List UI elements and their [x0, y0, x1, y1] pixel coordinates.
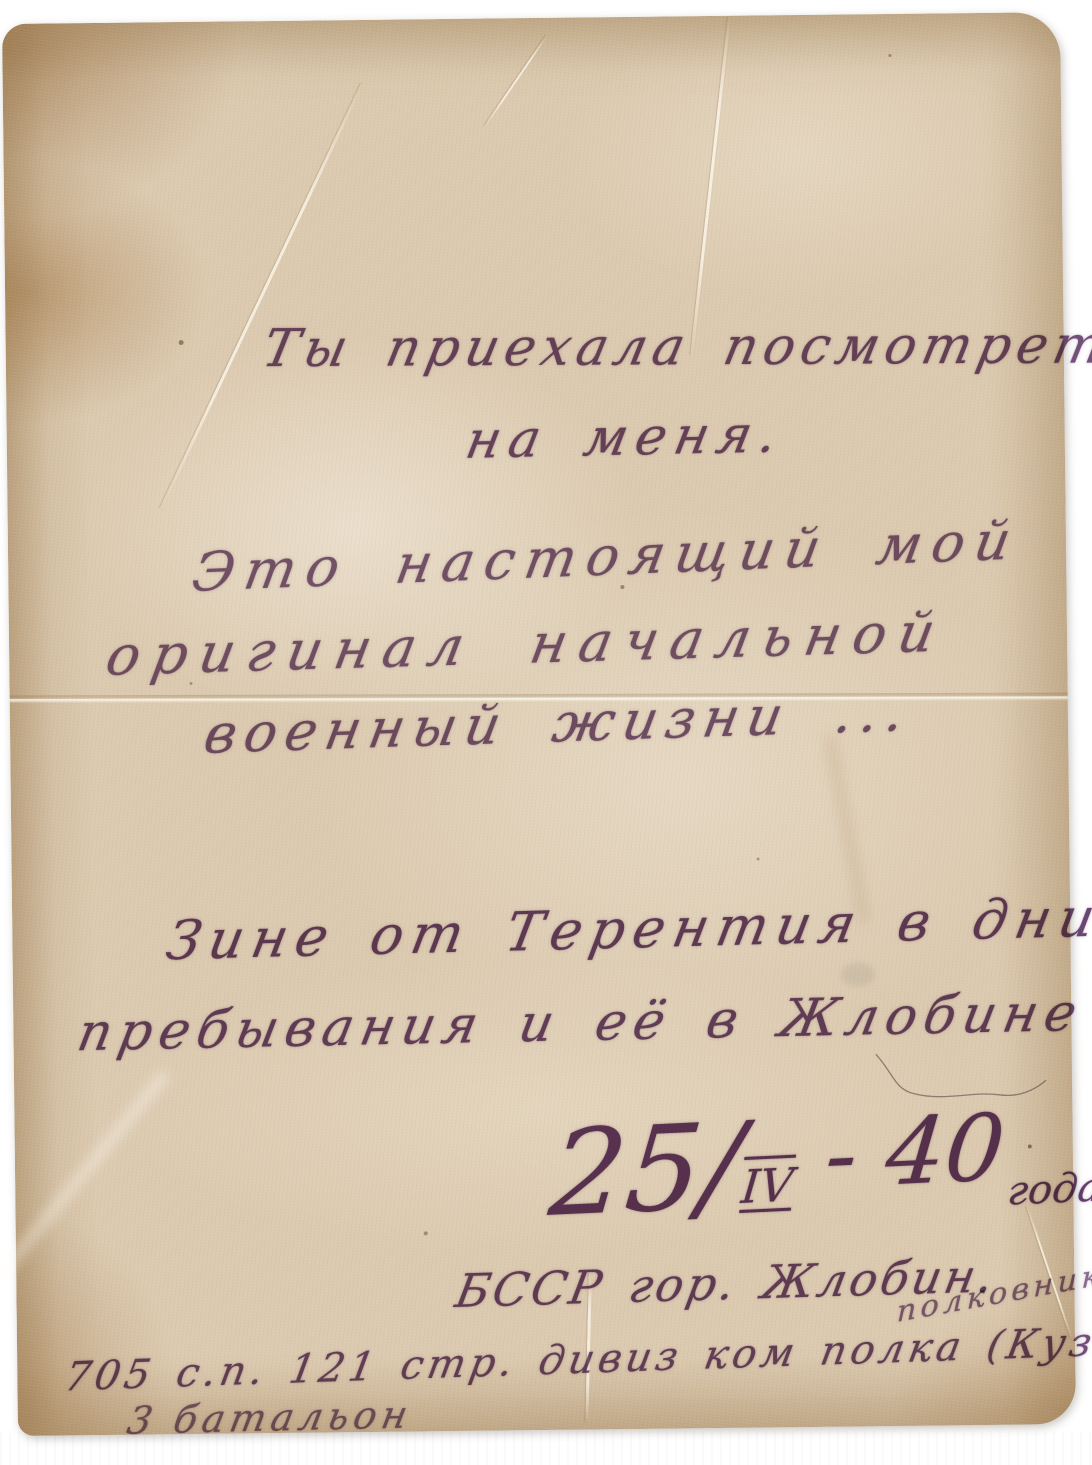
handwriting-dedication-line-1: Зине от Терентия в дни	[162, 891, 1092, 969]
date-day-number: 25/	[546, 1106, 748, 1233]
handwriting-dedication-line-2: пребывания и её в Жлобине ...	[73, 985, 1092, 1059]
handwriting-unit-line: 705 с.п. 121 стр. дивиз ком полка (Кузми…	[62, 1319, 1092, 1397]
wrinkle-light-streak	[0, 1071, 169, 1285]
foxing-speck	[888, 54, 891, 57]
postcard-paper: Ты приехала посмотреть на меня. Это наст…	[2, 12, 1076, 1436]
foxing-speck	[179, 340, 184, 345]
date-year-number: - 40	[822, 1102, 1009, 1202]
handwriting-greeting-line-1: Ты приехала посмотреть	[258, 319, 1092, 375]
date-month-roman-numeral: IV	[740, 1162, 796, 1210]
scanned-postcard: Ты приехала посмотреть на меня. Это наст…	[0, 0, 1092, 1465]
foxing-speck	[757, 858, 760, 861]
handwriting-battalion-line: 3 батальон	[124, 1395, 415, 1439]
crease-top-right-vertical	[690, 17, 730, 355]
crease-top-left-diagonal	[160, 83, 364, 509]
faint-smudge	[841, 962, 875, 986]
handwriting-greeting-line-2: на меня.	[462, 408, 789, 466]
handwriting-date: 25/ IV - 40 года.	[546, 1089, 1092, 1233]
crease-top-center-short	[484, 35, 548, 127]
handwriting-body-line-3: военный жизни ...	[200, 685, 916, 762]
handwriting-body-line-2: оригинал начальной	[102, 605, 951, 684]
foxing-speck	[424, 1231, 428, 1235]
date-year-word: года.	[1006, 1167, 1092, 1212]
handwriting-body-line-1: Это настоящий мой	[189, 514, 1025, 600]
